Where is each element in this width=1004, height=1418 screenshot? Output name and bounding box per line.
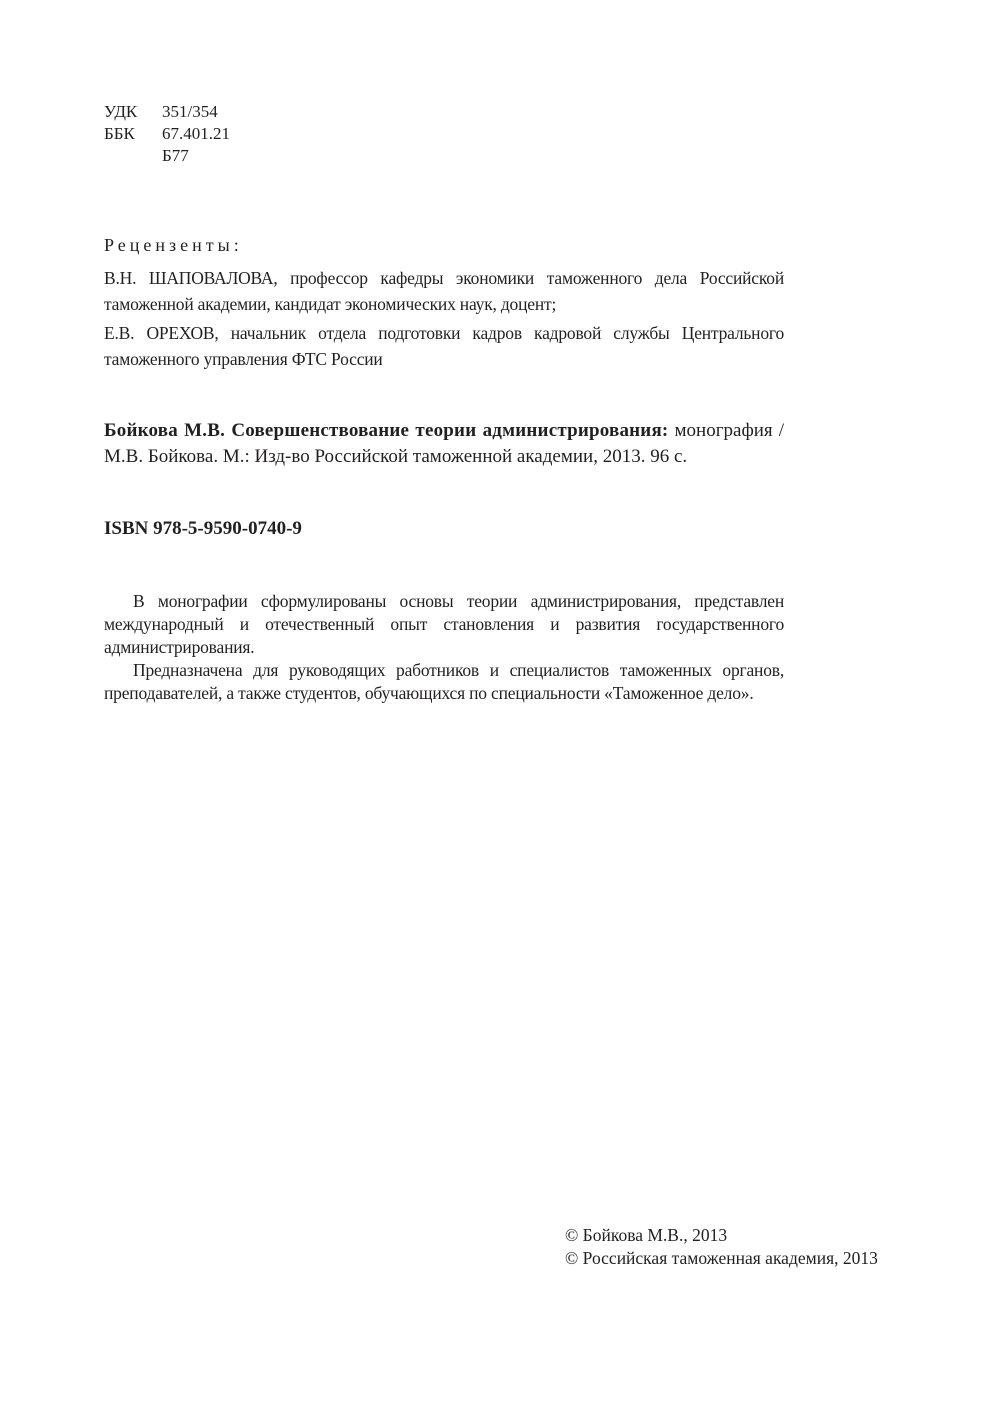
author-mark-row: Б77 [104,145,230,167]
bbk-value: 67.401.21 [162,123,230,145]
udk-row: УДК 351/354 [104,101,230,123]
isbn: ISBN 978-5-9590-0740-9 [104,518,302,540]
abstract: В монографии сформулированы основы теори… [104,590,784,705]
bibliographic-record: Бойкова М.В. Совершенствование теории ад… [104,418,784,470]
copyright-publisher: © Российская таможенная академия, 2013 [565,1247,878,1270]
udk-value: 351/354 [162,101,218,123]
author-mark-label [104,145,162,167]
copyright-block: © Бойкова М.В., 2013 © Российская таможе… [565,1224,878,1270]
reviewer-1: В.Н. ШАПОВАЛОВА, профессор кафедры эконо… [104,265,784,317]
udk-label: УДК [104,101,162,123]
bbk-row: ББК 67.401.21 [104,123,230,145]
reviewers-heading: Рецензенты: [104,235,243,256]
author-mark-value: Б77 [162,145,189,167]
reviewer-2: Е.В. ОРЕХОВ, начальник отдела подготовки… [104,320,784,372]
abstract-paragraph: Предназначена для руководящих работников… [104,659,784,705]
bibliographic-title: Бойкова М.В. Совершенствование теории ад… [104,420,668,441]
classification-block: УДК 351/354 ББК 67.401.21 Б77 [104,101,230,167]
bbk-label: ББК [104,123,162,145]
abstract-paragraph: В монографии сформулированы основы теори… [104,590,784,659]
copyright-author: © Бойкова М.В., 2013 [565,1224,878,1247]
